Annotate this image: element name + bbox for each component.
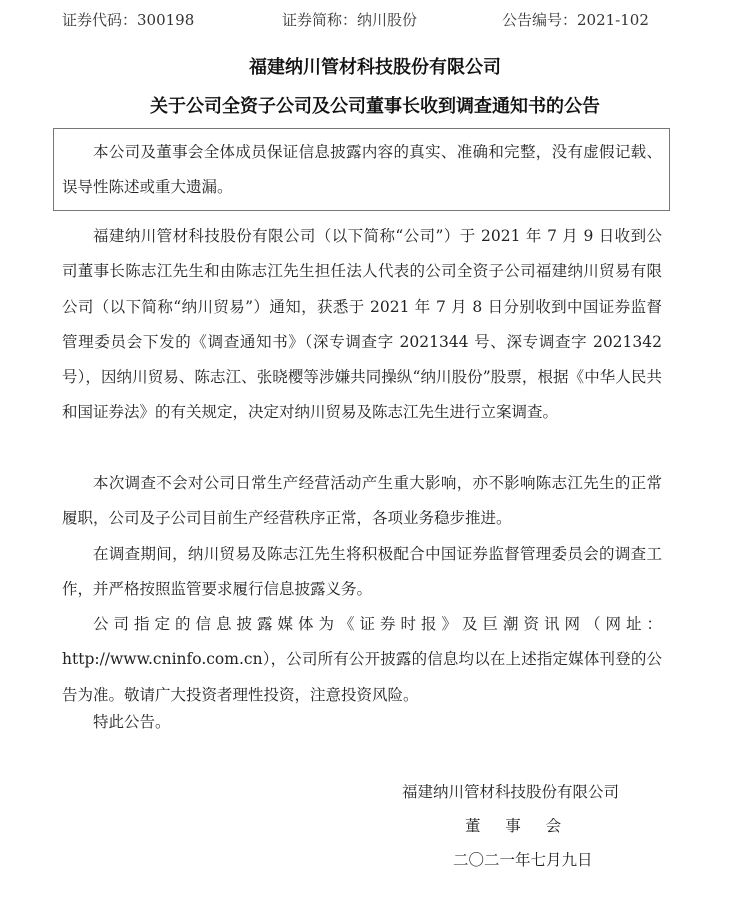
signature-board: 董事会 [465,814,586,836]
stock-abbreviation: 证券简称：纳川股份 [282,8,417,32]
company-title: 福建纳川管材科技股份有限公司 [0,53,750,79]
body-paragraph-4: 公司指定的信息披露媒体为《证券时报》及巨潮资讯网（网址：http://www.c… [62,607,662,713]
announcement-title: 关于公司全资子公司及公司董事长收到调查通知书的公告 [0,92,750,118]
stock-code: 证券代码：300198 [62,8,194,32]
body-paragraph-3: 在调查期间，纳川贸易及陈志江先生将积极配合中国证券监督管理委员会的调查工作，并严… [62,537,662,608]
signature-company: 福建纳川管材科技股份有限公司 [402,780,619,802]
body-paragraph-5: 特此公告。 [62,705,662,740]
announcement-number: 公告编号：2021-102 [502,8,649,32]
disclaimer-text: 本公司及董事会全体成员保证信息披露内容的真实、准确和完整，没有虚假记载、误导性陈… [62,135,662,206]
body-paragraph-1: 福建纳川管材科技股份有限公司（以下简称“公司”）于 2021 年 7 月 9 日… [62,219,662,431]
disclaimer-box: 本公司及董事会全体成员保证信息披露内容的真实、准确和完整，没有虚假记载、误导性陈… [53,128,670,211]
document-header: 证券代码：300198 证券简称：纳川股份 公告编号：2021-102 [62,8,702,32]
body-paragraph-2: 本次调查不会对公司日常生产经营活动产生重大影响，亦不影响陈志江先生的正常履职，公… [62,466,662,537]
signature-date: 二〇二一年七月九日 [453,848,593,870]
